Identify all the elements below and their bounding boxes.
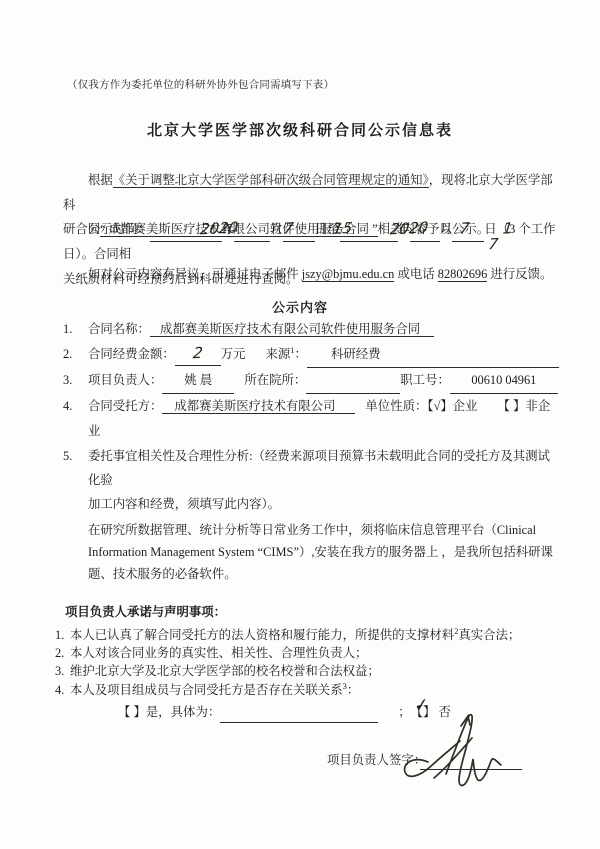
handwritten-signature xyxy=(400,710,520,798)
handwritten-start-day: 15 xyxy=(307,221,353,238)
item3-number: 3. xyxy=(63,368,88,394)
amount-label: 合同经费金额： xyxy=(88,342,175,367)
relation-detail-blank xyxy=(220,702,378,723)
commitment-heading: 项目负责人承诺与声明事项： xyxy=(55,602,560,620)
source-value: 科研经费 xyxy=(307,342,559,368)
analysis-line3: 题、技术服务的必备软件。 xyxy=(88,563,559,585)
item4-number: 4. xyxy=(63,394,88,444)
handwritten-end-month: 7 xyxy=(434,221,470,238)
feedback-suffix: 进行反馈。 xyxy=(487,267,552,281)
intro-prefix: 根据 xyxy=(88,173,113,187)
commitment-item-1: 1.本人已认真了解合同受托方的法人资格和履行能力，所提供的支撑材料2真实合法； xyxy=(55,626,560,644)
email-address: jszy@bjmu.edu.cn xyxy=(302,267,395,282)
contractor-value: 成都赛美斯医疗技术有限公司 xyxy=(162,399,355,414)
contractor-row: 4. 合同受托方：成都赛美斯医疗技术有限公司单位性质：【√】企业【 】非企业 xyxy=(63,394,559,444)
contract-name-label: 合同名称： xyxy=(88,322,150,336)
contract-name-value: 成都赛美斯医疗技术有限公司软件使用服务合同 xyxy=(150,322,434,337)
analysis-text: 在研究所数据管理、统计分析等日常业务工作中，须将临床信息管理平台（Clinica… xyxy=(88,519,559,585)
start-month-field: 7 xyxy=(234,222,270,242)
item5-number: 5. xyxy=(63,444,88,585)
amount-unit: 万元 xyxy=(221,342,246,367)
commitment-item-3: 3.维护北京大学及北京大学医学部的校名校誉和合法权益； xyxy=(55,662,560,680)
contractor-label: 合同受托方： xyxy=(88,399,162,413)
top-note: （仅我方作为委托单位的科研外协外包合同需填写下表） xyxy=(67,76,334,91)
project-leader-row: 3. 项目负责人：姚 晨所在院所： 职工号：00610 04961 xyxy=(63,368,559,394)
start-year-field: 2020 xyxy=(150,222,222,242)
publicity-period-line1: 公示时间：2020年7月15日至2020年7月1 7日（3 个工作日）。合同相 xyxy=(63,217,563,267)
dept-label: 所在院所： xyxy=(244,373,306,387)
scanned-form-page: （仅我方作为委托单位的科研外协外包合同需填写下表） 北京大学医学部次级科研合同公… xyxy=(0,0,600,849)
feedback-line: 如对公示内容有异议，可通过电子邮件 jszy@bjmu.edu.cn 或电话 8… xyxy=(63,264,563,282)
handwritten-start-year: 2020 xyxy=(174,220,239,238)
phone-number: 82802696 xyxy=(438,267,488,282)
commitment-item-4: 4.本人及项目组成员与合同受托方是否存在关联关系3： xyxy=(55,681,560,699)
section-heading-content: 公示内容 xyxy=(0,297,600,316)
source-label: 来源1： xyxy=(266,342,307,367)
commitment-section: 项目负责人承诺与声明事项： 1.本人已认真了解合同受托方的法人资格和履行能力，所… xyxy=(55,602,560,723)
analysis-line2: Information Management System “CIMS”）,安装… xyxy=(88,541,559,563)
contract-name-row: 1. 合同名称：成都赛美斯医疗技术有限公司软件使用服务合同 xyxy=(63,317,559,342)
amount-field: 2 xyxy=(175,346,221,366)
org-type-label: 单位性质： xyxy=(365,399,427,413)
commitment-item-2: 2.本人对该合同业务的真实性、相关性、合理性负责人； xyxy=(55,644,560,662)
handwritten-end-day: 1 7 xyxy=(475,221,513,253)
dept-field-blank xyxy=(306,368,400,394)
employee-id-value: 00610 04961 xyxy=(450,368,558,394)
feedback-prefix: 如对公示内容有异议，可通过电子邮件 xyxy=(88,267,302,281)
intro-line-1: 根据《关于调整北京大学医学部科研次级合同管理规定的通知》，现将北京大学医学部科 xyxy=(63,168,559,217)
document-title: 北京大学医学部次级科研合同公示信息表 xyxy=(0,119,600,140)
contract-amount-row: 2. 合同经费金额：2万元来源1：科研经费 xyxy=(63,342,559,368)
item1-number: 1. xyxy=(63,317,88,342)
handwritten-end-year: 2020 xyxy=(364,220,429,238)
analysis-intro-line1: 委托事宜相关性及合理性分析:（经费来源项目预算书未载明此合同的受托方及其测试化验 xyxy=(88,444,559,492)
publicity-time-label: 公示时间： xyxy=(88,222,150,236)
handwritten-amount: 2 xyxy=(192,346,203,362)
pi-name-value: 姚 晨 xyxy=(162,368,234,394)
item2-number: 2. xyxy=(63,342,88,368)
content-list: 1. 合同名称：成都赛美斯医疗技术有限公司软件使用服务合同 2. 合同经费金额：… xyxy=(63,317,559,585)
analysis-line1: 在研究所数据管理、统计分析等日常业务工作中，须将临床信息管理平台（Clinica… xyxy=(88,519,559,541)
employee-id-label: 职工号： xyxy=(400,373,450,387)
handwritten-start-month: 7 xyxy=(258,221,294,238)
analysis-item-row: 5. 委托事宜相关性及合理性分析:（经费来源项目预算书未载明此合同的受托方及其测… xyxy=(63,444,559,585)
yes-option: 【 】是，具体为： xyxy=(118,705,220,719)
org-type-enterprise-checked: 【√】企业 xyxy=(427,399,477,413)
regulation-title: 《关于调整北京大学医学部科研次级合同管理规定的通知》 xyxy=(113,173,429,188)
pi-label: 项目负责人： xyxy=(88,373,162,387)
analysis-intro-line2: 加工内容和经费，须填写此内容）。 xyxy=(88,492,559,516)
feedback-mid: 或电话 xyxy=(394,267,437,281)
